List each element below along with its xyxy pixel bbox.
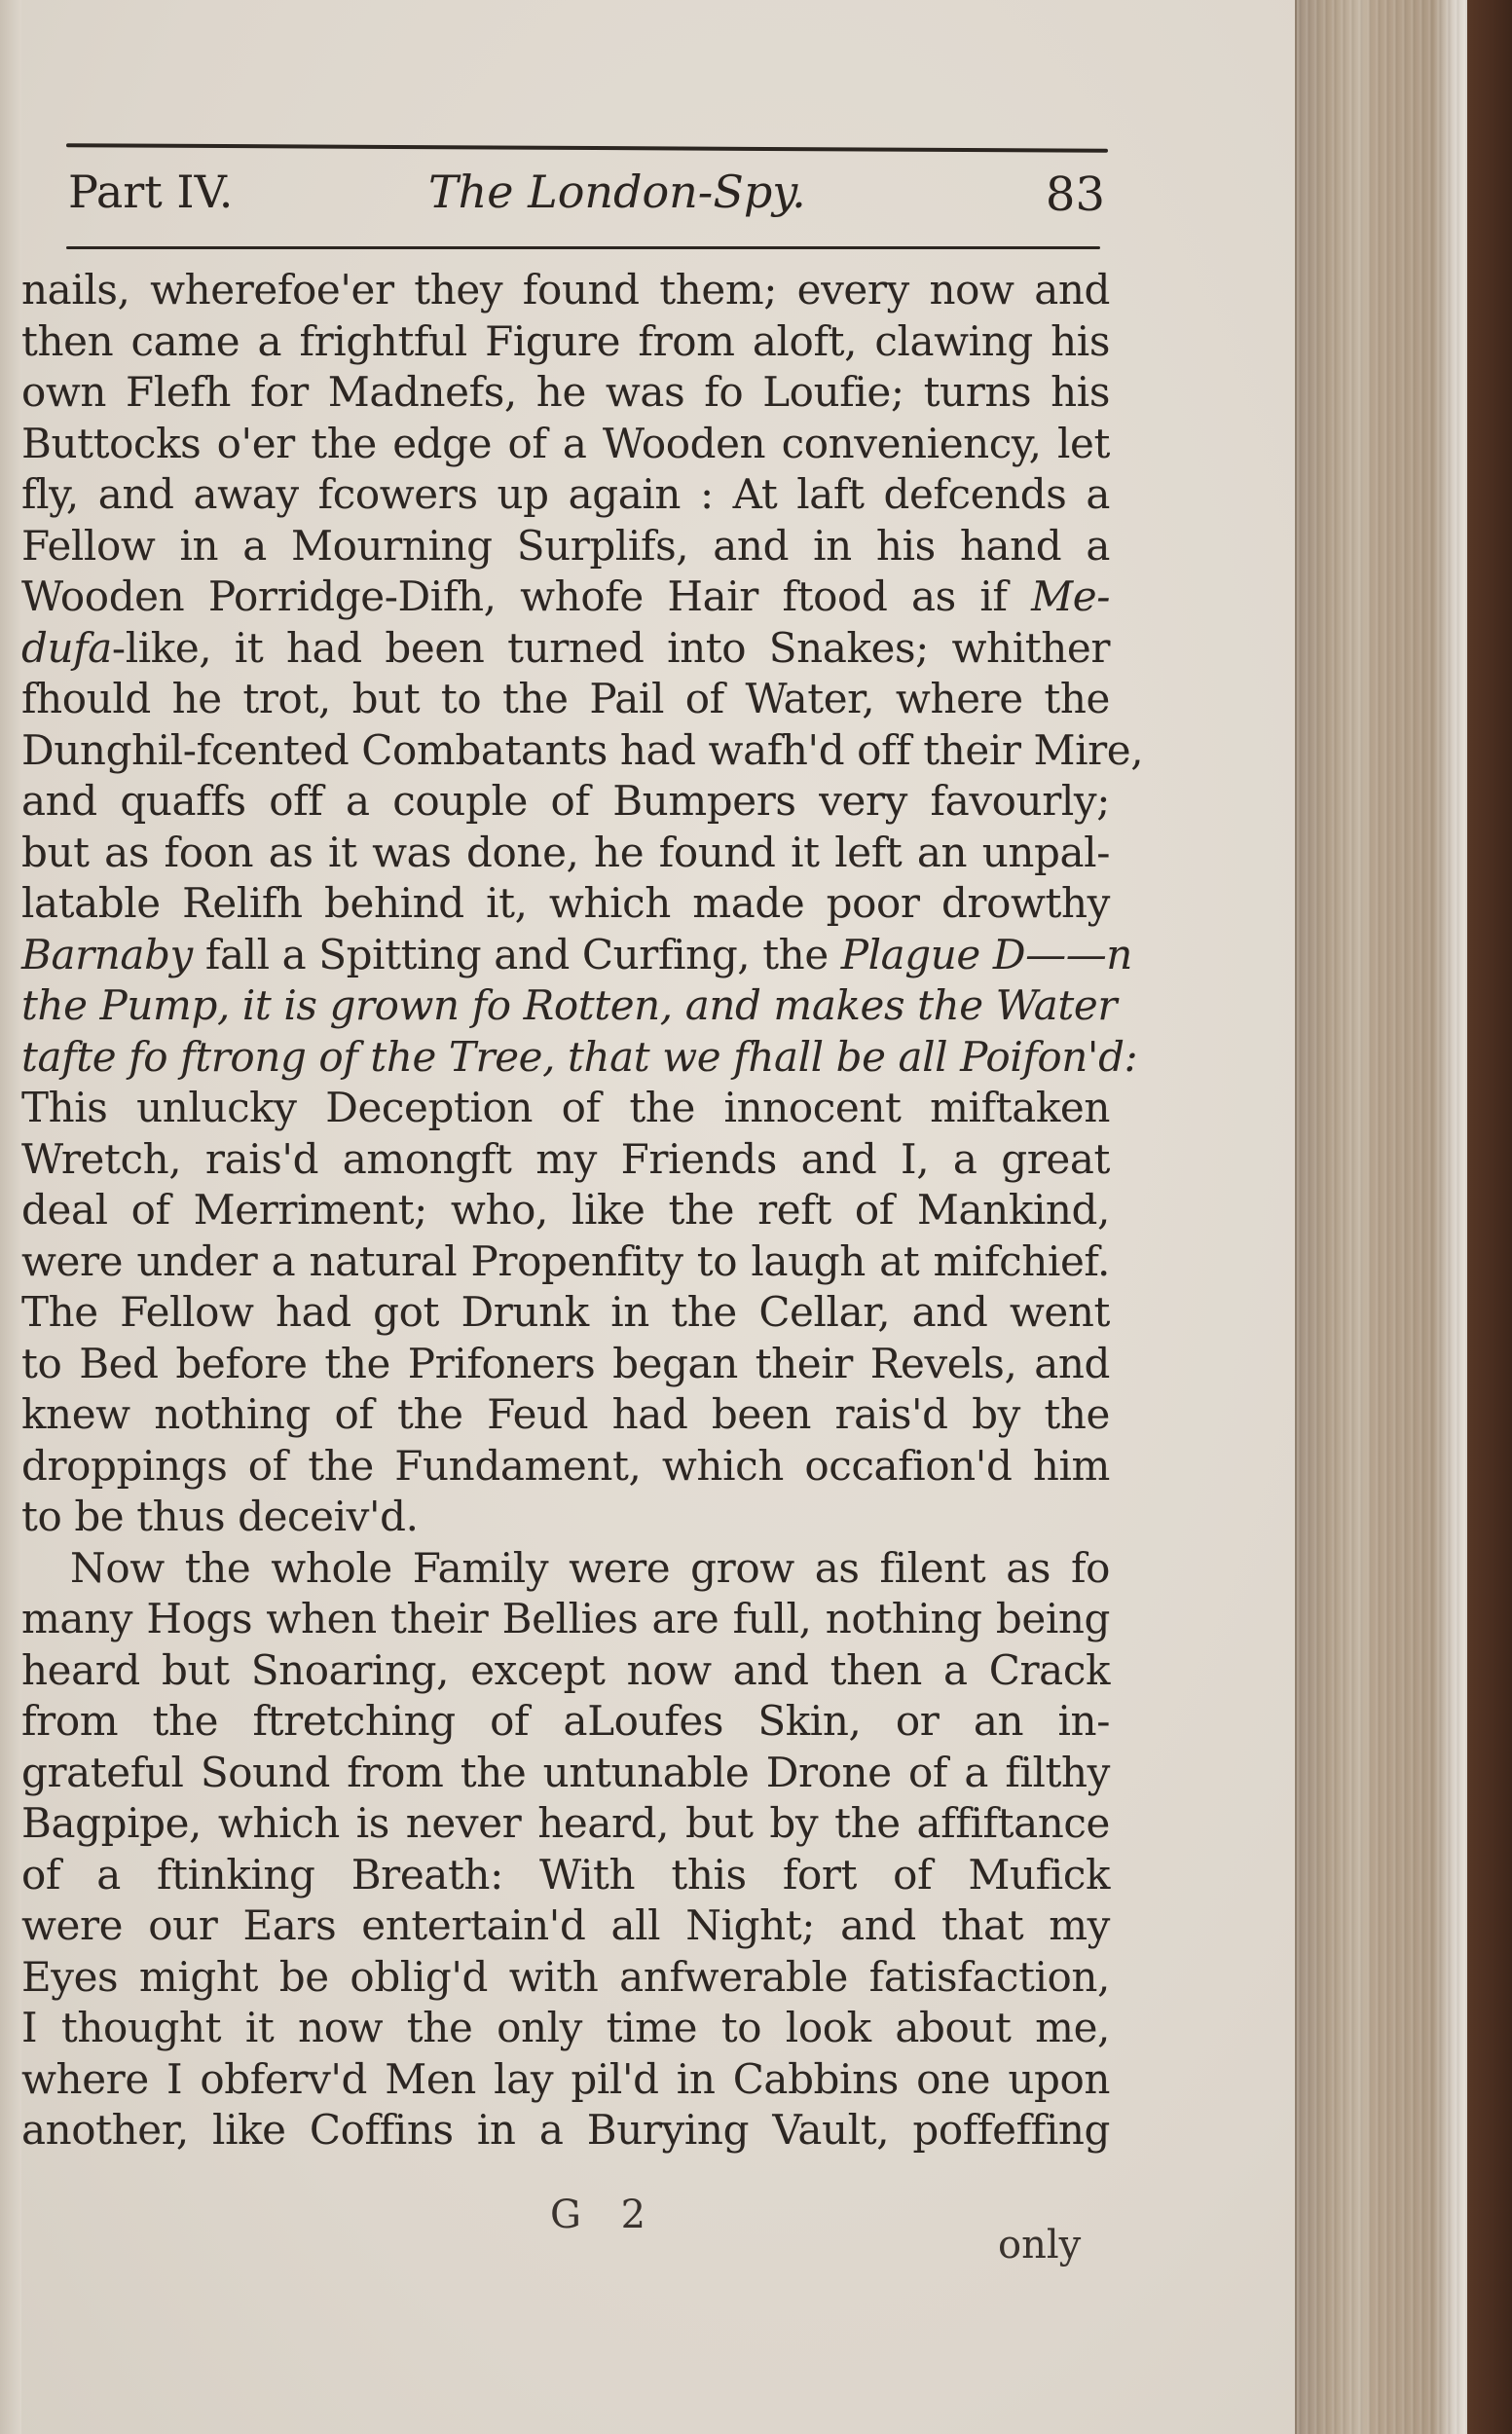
text-line: were under a natural Propenfity to laugh… [21, 1236, 1110, 1288]
text-segment: This unlucky Deception of the innocent m… [21, 1084, 1110, 1131]
page-edges [1295, 0, 1467, 2434]
text-segment: were under a natural Propenfity to laugh… [21, 1237, 1110, 1285]
text-line: and quaffs off a couple of Bumpers very … [21, 776, 1110, 828]
italic-text: dufa [21, 624, 112, 672]
catchword: only [998, 2223, 1081, 2268]
text-segment: from the ftretching of aLoufes Skin, or … [21, 1697, 1110, 1745]
text-segment: but as foon as it was done, he found it … [21, 829, 1110, 876]
text-line: deal of Merriment; who, like the reft of… [21, 1185, 1110, 1236]
text-segment: Now the whole Family were grow as filent… [70, 1544, 1110, 1592]
signature-mark: G 2 [550, 2193, 659, 2237]
text-line: the Pump, it is grown fo Rotten, and mak… [21, 980, 1110, 1032]
text-segment: The Fellow had got Drunk in the Cellar, … [21, 1288, 1110, 1336]
italic-text: Me- [1031, 572, 1110, 620]
text-line: then came a frightful Figure from aloft,… [21, 316, 1110, 368]
text-segment: nails, wherefoe'er they found them; ever… [21, 266, 1110, 313]
text-segment: then came a frightful Figure from aloft,… [21, 317, 1110, 365]
text-segment: fhould he trot, but to the Pail of Water… [21, 675, 1110, 722]
text-line: heard but Snoaring, except now and then … [21, 1645, 1110, 1697]
text-segment: Buttocks o'er the edge of a Wooden conve… [21, 420, 1110, 467]
text-line: fly, and away fcowers up again : At laft… [21, 469, 1110, 521]
text-line: tafte fo ftrong of the Tree, that we fha… [21, 1032, 1110, 1084]
text-line: Bagpipe, which is never heard, but by th… [21, 1798, 1110, 1850]
text-line: knew nothing of the Feud had been rais'd… [21, 1389, 1110, 1441]
text-segment: heard but Snoaring, except now and then … [21, 1646, 1110, 1694]
header-rule-bottom [66, 246, 1100, 249]
text-line: of a ftinking Breath: With this fort of … [21, 1850, 1110, 1901]
text-line: where I obferv'd Men lay pil'd in Cabbin… [21, 2054, 1110, 2106]
text-line: to Bed before the Prifoners began their … [21, 1339, 1110, 1390]
text-line: another, like Coffins in a Burying Vault… [21, 2105, 1110, 2157]
text-line: I thought it now the only time to look a… [21, 2003, 1110, 2054]
text-segment: Eyes might be oblig'd with anfwerable fa… [21, 1953, 1110, 2001]
part-label: Part IV. [68, 166, 233, 218]
text-segment: Wooden Porridge-Difh, whofe Hair ftood a… [21, 572, 1031, 620]
book-title: The London-Spy. [428, 166, 806, 218]
text-segment: Dunghil-fcented Combatants had wafh'd of… [21, 726, 1143, 774]
text-segment: where I obferv'd Men lay pil'd in Cabbin… [21, 2055, 1110, 2103]
text-segment: fall a Spitting and Curfing, the [193, 931, 841, 978]
italic-text: tafte fo ftrong of the Tree, that we fha… [21, 1033, 1137, 1081]
text-segment: own Flefh for Madnefs, he was fo Loufie;… [21, 368, 1110, 416]
italic-text: Plague D——n [841, 931, 1132, 978]
text-line: Eyes might be oblig'd with anfwerable fa… [21, 1952, 1110, 2004]
text-segment: I thought it now the only time to look a… [21, 2004, 1110, 2051]
text-segment: to Bed before the Prifoners began their … [21, 1340, 1110, 1387]
text-line: droppings of the Fundament, which occafi… [21, 1441, 1110, 1493]
italic-text: Barnaby [21, 931, 193, 978]
italic-text: the Pump, it is grown fo Rotten, and mak… [21, 981, 1117, 1029]
text-segment: deal of Merriment; who, like the reft of… [21, 1186, 1110, 1234]
text-line: fhould he trot, but to the Pail of Water… [21, 674, 1110, 725]
text-line: latable Relifh behind it, which made poo… [21, 878, 1110, 930]
body-text: nails, wherefoe'er they found them; ever… [21, 265, 1110, 2157]
text-segment: Fellow in a Mourning Surplifs, and in hi… [21, 522, 1110, 570]
text-line: The Fellow had got Drunk in the Cellar, … [21, 1287, 1110, 1339]
text-line: from the ftretching of aLoufes Skin, or … [21, 1696, 1110, 1748]
text-line: but as foon as it was done, he found it … [21, 828, 1110, 879]
text-line: Dunghil-fcented Combatants had wafh'd of… [21, 725, 1110, 777]
text-segment: -like, it had been turned into Snakes; w… [112, 624, 1110, 672]
header-rule-top [66, 143, 1108, 153]
text-segment: knew nothing of the Feud had been rais'd… [21, 1390, 1110, 1438]
text-line: Fellow in a Mourning Surplifs, and in hi… [21, 521, 1110, 572]
text-segment: grateful Sound from the untunable Drone … [21, 1749, 1110, 1796]
text-segment: to be thus deceiv'd. [21, 1493, 419, 1540]
text-line: were our Ears entertain'd all Night; and… [21, 1900, 1110, 1952]
text-line: This unlucky Deception of the innocent m… [21, 1083, 1110, 1134]
text-segment: Bagpipe, which is never heard, but by th… [21, 1799, 1110, 1847]
book-cover [1460, 0, 1512, 2434]
text-line: Wooden Porridge-Difh, whofe Hair ftood a… [21, 572, 1110, 623]
text-line: Now the whole Family were grow as filent… [21, 1543, 1110, 1595]
text-line: Barnaby fall a Spitting and Curfing, the… [21, 930, 1110, 981]
text-line: Wretch, rais'd amongft my Friends and I,… [21, 1134, 1110, 1186]
page-number: 83 [1046, 167, 1105, 222]
text-segment: of a ftinking Breath: With this fort of … [21, 1851, 1110, 1899]
text-line: grateful Sound from the untunable Drone … [21, 1748, 1110, 1799]
text-line: to be thus deceiv'd. [21, 1492, 1110, 1543]
text-line: nails, wherefoe'er they found them; ever… [21, 265, 1110, 316]
book-page: Part IV. The London-Spy. 83 nails, where… [0, 0, 1295, 2434]
text-segment: another, like Coffins in a Burying Vault… [21, 2106, 1110, 2154]
text-segment: latable Relifh behind it, which made poo… [21, 879, 1110, 927]
text-segment: droppings of the Fundament, which occafi… [21, 1442, 1110, 1490]
text-line: many Hogs when their Bellies are full, n… [21, 1594, 1110, 1645]
text-line: dufa-like, it had been turned into Snake… [21, 623, 1110, 675]
text-segment: and quaffs off a couple of Bumpers very … [21, 777, 1110, 825]
gutter-shadow [0, 0, 21, 2434]
text-segment: fly, and away fcowers up again : At laft… [21, 470, 1110, 518]
text-segment: Wretch, rais'd amongft my Friends and I,… [21, 1135, 1110, 1183]
running-head: Part IV. The London-Spy. 83 [68, 156, 1105, 234]
text-segment: were our Ears entertain'd all Night; and… [21, 1901, 1110, 1949]
text-line: own Flefh for Madnefs, he was fo Loufie;… [21, 367, 1110, 419]
text-segment: many Hogs when their Bellies are full, n… [21, 1595, 1110, 1642]
text-line: Buttocks o'er the edge of a Wooden conve… [21, 419, 1110, 470]
